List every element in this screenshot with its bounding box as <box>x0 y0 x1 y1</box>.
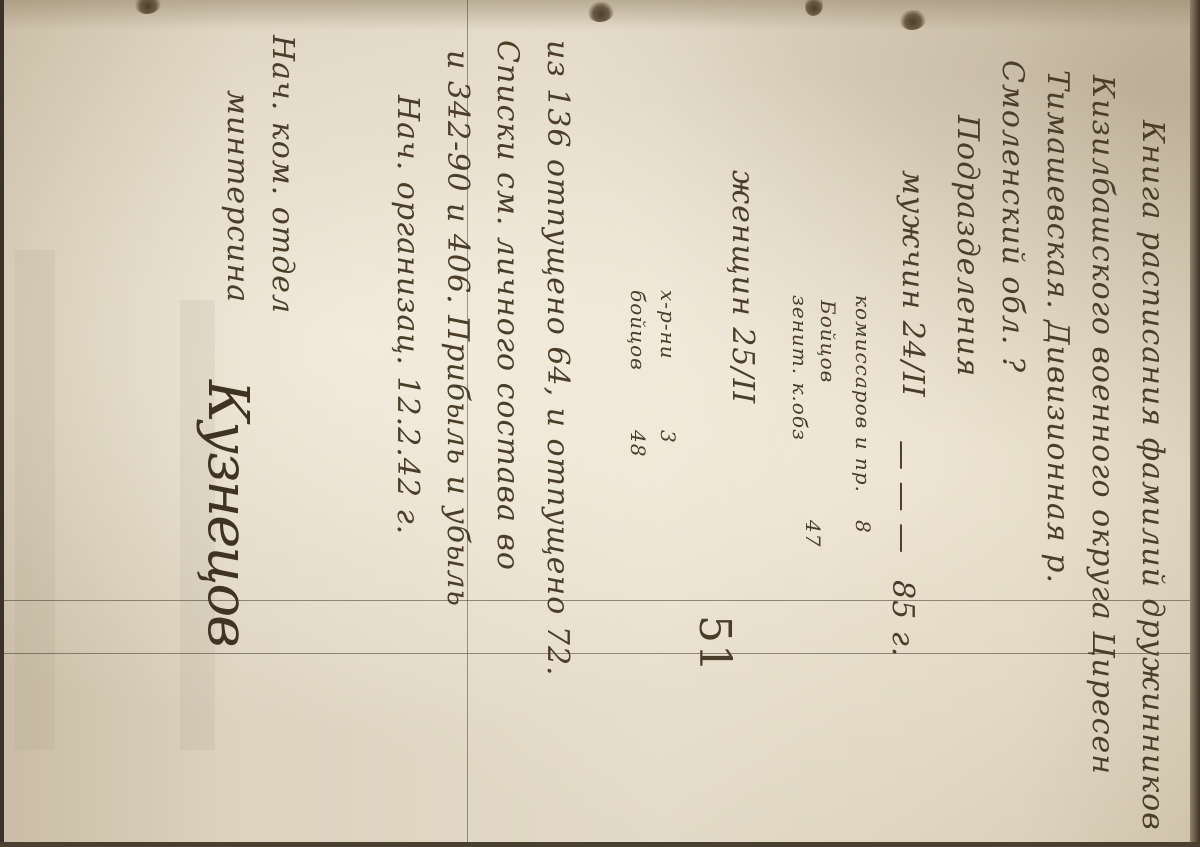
women-label: женщин 25/II <box>725 170 760 404</box>
summary-line-3: и 342-90 и 406. Прибыль и убыль <box>440 50 475 607</box>
fighters-value: 47 <box>801 520 825 547</box>
commissars-value: 8 <box>851 520 875 534</box>
footer-line-2: минтерсина <box>220 90 255 303</box>
footer-line-1: Нач. ком. отдел <box>265 35 300 314</box>
header-line-2: Кизилбашского военного округа Циресен <box>1085 75 1120 775</box>
men-label: мужчин 24/II <box>895 170 930 398</box>
commissars-label: комиссаров и пр. <box>851 295 875 493</box>
men-value: 85 г. <box>885 580 920 657</box>
summary-line-1: из 136 отпущено 64, и отпущено 72. <box>540 40 575 677</box>
summary-line-2: Списки см. личного состава во <box>490 40 525 571</box>
fighters-sub: зенит. к.обз <box>788 295 812 441</box>
header-line-3: Тимашевская. Дивизионная р. <box>1040 70 1075 584</box>
women-sub1-value: 3 <box>656 430 680 444</box>
women-sub1-label: х-р-ни <box>656 290 680 360</box>
header-line-4: Смоленский обл. ? <box>995 60 1030 373</box>
summary-line-4: Нач. организац. 12.2.42 г. <box>390 95 425 535</box>
signature: Кузнецов <box>195 380 260 646</box>
header-line-5: Подразделения <box>950 115 985 377</box>
women-sub2-value: 48 <box>626 430 650 457</box>
men-dash: — — — <box>885 440 920 554</box>
rotated-sheet: Книга расписания фамилий дружинников Киз… <box>0 0 1200 847</box>
women-sub2-label: бойцов <box>626 290 650 371</box>
header-line-1: Книга расписания фамилий дружинников <box>1135 120 1170 831</box>
fighters-label: Бойцов <box>816 300 840 383</box>
women-value: 51 <box>689 615 740 673</box>
